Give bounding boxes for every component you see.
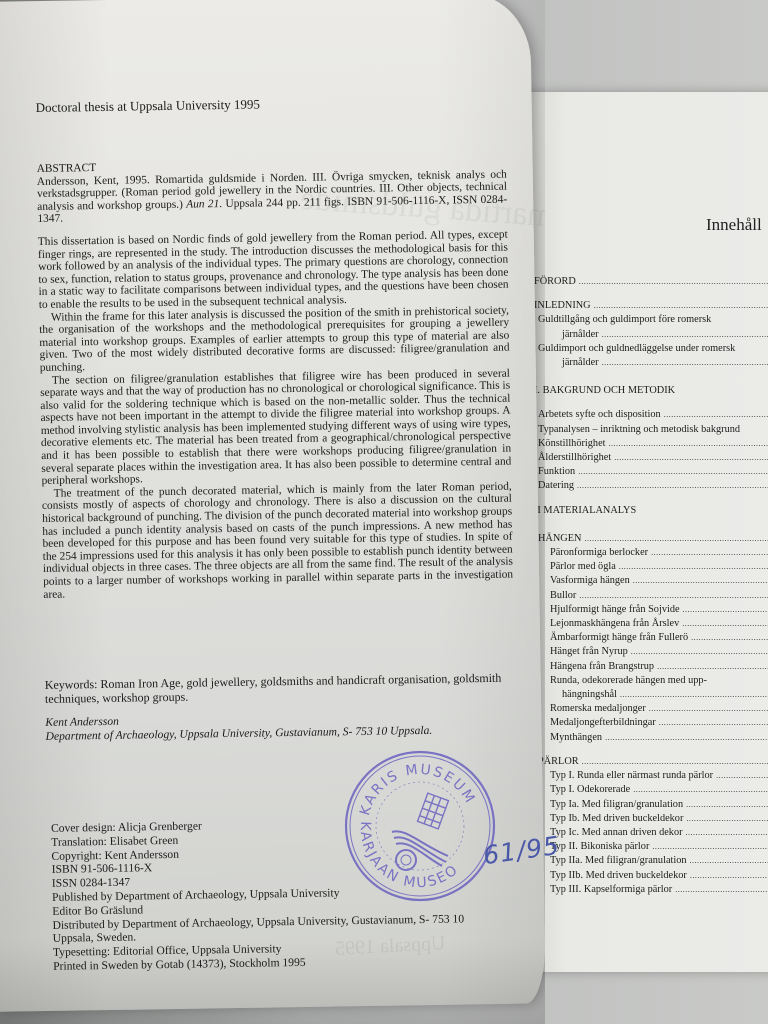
- toc-entry-label: järnålder: [562, 328, 599, 342]
- toc-spacer: [528, 494, 768, 504]
- toc-leader-dots: [633, 574, 768, 588]
- toc-entry[interactable]: Ämbarformigt hänge från Fullerö: [528, 631, 768, 645]
- stamp-top-text: KARIS MUSEUM: [357, 762, 478, 818]
- toc-entry-label: Runda, odekorerade hängen med upp-: [550, 674, 707, 688]
- toc-entry-label: II MATERIALANALYS: [534, 504, 636, 518]
- toc-leader-dots: [664, 408, 768, 422]
- abstract-paragraph: The treatment of the punch decorated mat…: [42, 480, 514, 601]
- toc-entry-label: Ämbarformigt hänge från Fullerö: [550, 631, 688, 645]
- toc-entry[interactable]: Päronformiga berlocker: [528, 546, 768, 560]
- toc-entry-label: Mynthängen: [550, 731, 602, 745]
- toc-entry-label: Medaljongefterbildningar: [550, 716, 656, 730]
- toc-leader-dots: [619, 560, 768, 574]
- toc-leader-dots: [633, 783, 768, 797]
- svg-text:KARIS MUSEUM: KARIS MUSEUM: [357, 762, 478, 818]
- abstract: ABSTRACT Andersson, Kent, 1995. Romartid…: [37, 156, 514, 602]
- toc-entry[interactable]: II MATERIALANALYS: [528, 504, 768, 518]
- toc-leader-dots: [579, 275, 768, 289]
- toc-entry[interactable]: Guldtillgång och guldimport före romersk: [528, 313, 768, 327]
- toc-entry[interactable]: Typ Ia. Med filigran/granulation: [528, 798, 768, 812]
- toc-entry[interactable]: Mynthängen: [528, 731, 768, 745]
- toc-entry[interactable]: I. BAKGRUND OCH METODIK: [528, 384, 768, 398]
- toc-entry-label: Typ I. Odekorerade: [550, 783, 630, 797]
- toc-leader-dots: [675, 883, 768, 897]
- toc-entry-label: Typ I. Runda eller närmast runda pärlor: [550, 769, 713, 783]
- abstract-paragraph: Within the frame for this later analysis…: [39, 304, 510, 374]
- toc-entry[interactable]: Arbetets syfte och disposition: [528, 408, 768, 422]
- museum-stamp-icon: KARIS MUSEUM KARJAAN MUSEO: [340, 748, 500, 904]
- toc-entry[interactable]: Typ I. Odekorerade: [528, 783, 768, 797]
- toc-leader-dots: [577, 479, 768, 493]
- toc-leader-dots: [609, 437, 768, 451]
- toc-entry-label: Könstillhörighet: [538, 437, 606, 451]
- toc-leader-dots: [686, 798, 768, 812]
- toc-entry-label: hängningshål: [562, 688, 617, 702]
- toc-spacer: [528, 518, 768, 532]
- toc-entry[interactable]: Ålderstillhörighet: [528, 451, 768, 465]
- toc-entry[interactable]: Datering: [528, 479, 768, 493]
- toc-entry-label: Romerska medaljonger: [550, 702, 646, 716]
- abstract-paragraph: The section on filigree/granulation esta…: [40, 367, 512, 488]
- toc-entry[interactable]: Typ IIb. Med driven buckeldekor: [528, 869, 768, 883]
- toc-entry[interactable]: Hängena från Brangstrup: [528, 660, 768, 674]
- toc-entry-label: Ålderstillhörighet: [538, 451, 611, 465]
- toc-entry[interactable]: Funktion: [528, 465, 768, 479]
- toc-leader-dots: [594, 299, 768, 313]
- toc-entry-label: Typ Ia. Med filigran/granulation: [550, 798, 683, 812]
- abstract-paragraph: This dissertation is based on Nordic fin…: [38, 229, 509, 312]
- toc-leader-dots: [651, 546, 768, 560]
- toc-leader-dots: [657, 660, 768, 674]
- toc-leader-dots: [614, 451, 768, 465]
- toc-entry[interactable]: Romerska medaljonger: [528, 702, 768, 716]
- toc-leader-dots: [690, 869, 768, 883]
- toc-entry[interactable]: Typanalysen – inriktning och metodisk ba…: [528, 423, 768, 437]
- toc-leader-dots: [605, 731, 768, 745]
- toc-leader-dots: [631, 645, 768, 659]
- toc-spacer: [528, 398, 768, 408]
- toc-entry[interactable]: Vasformiga hängen: [528, 574, 768, 588]
- toc-entry-label: Vasformiga hängen: [550, 574, 630, 588]
- toc-entry[interactable]: Guldimport och guldnedläggelse under rom…: [528, 342, 768, 356]
- toc-entry-label: I. BAKGRUND OCH METODIK: [534, 384, 675, 398]
- toc-entry[interactable]: Typ I. Runda eller närmast runda pärlor: [528, 769, 768, 783]
- toc-entry[interactable]: INLEDNING: [528, 299, 768, 313]
- toc-entry[interactable]: Typ IIa. Med filigran/granulation: [528, 854, 768, 868]
- toc-leader-dots: [652, 840, 768, 854]
- toc-entry[interactable]: järnålder: [528, 328, 768, 342]
- toc-entry[interactable]: FÖRORD: [528, 275, 768, 289]
- toc-leader-dots: [683, 603, 768, 617]
- toc-entry-label: Typ Ic. Med annan driven dekor: [550, 826, 683, 840]
- toc-entry-label: Guldimport och guldnedläggelse under rom…: [538, 342, 735, 356]
- toc-entry-label: Bullor: [550, 589, 576, 603]
- toc-leader-dots: [682, 617, 768, 631]
- toc-entry[interactable]: PÄRLOR: [528, 755, 768, 769]
- toc-entry[interactable]: Typ III. Kapselformiga pärlor: [528, 883, 768, 897]
- toc-entry[interactable]: Könstillhörighet: [528, 437, 768, 451]
- toc-entry-label: Hängena från Brangstrup: [550, 660, 654, 674]
- toc-leader-dots: [584, 532, 768, 546]
- toc-entry-label: Typ Ib. Med driven buckeldekor: [550, 812, 683, 826]
- toc-leader-dots: [686, 812, 768, 826]
- table-of-contents: FÖRORDINLEDNINGGuldtillgång och guldimpo…: [528, 275, 768, 897]
- toc-entry-label: Hjulformigt hänge från Sojvide: [550, 603, 680, 617]
- toc-spacer: [528, 289, 768, 299]
- toc-entry-label: järnålder: [562, 356, 599, 370]
- page-bottom-shading: [0, 940, 545, 1024]
- toc-entry[interactable]: Typ Ib. Med driven buckeldekor: [528, 812, 768, 826]
- toc-entry[interactable]: Typ Ic. Med annan driven dekor: [528, 826, 768, 840]
- toc-leader-dots: [691, 631, 768, 645]
- toc-leader-dots: [716, 769, 768, 783]
- toc-page: Innehåll FÖRORDINLEDNINGGuldtillgång och…: [528, 92, 768, 972]
- toc-entry[interactable]: hängningshål: [528, 688, 768, 702]
- toc-entry[interactable]: Hjulformigt hänge från Sojvide: [528, 603, 768, 617]
- toc-entry-label: Päronformiga berlocker: [550, 546, 648, 560]
- toc-spacer: [528, 370, 768, 384]
- toc-entry-label: Typ II. Bikoniska pärlor: [550, 840, 649, 854]
- toc-leader-dots: [686, 826, 768, 840]
- abstract-citation: Andersson, Kent, 1995. Romartida guldsmi…: [37, 168, 508, 226]
- toc-entry-label: Typ III. Kapselformiga pärlor: [550, 883, 672, 897]
- toc-leader-dots: [659, 716, 768, 730]
- toc-entry-label: Guldtillgång och guldimport före romersk: [538, 313, 711, 327]
- toc-leader-dots: [620, 688, 768, 702]
- series-name: Aun 21: [186, 198, 219, 211]
- toc-entry[interactable]: Hänget från Nyrup: [528, 645, 768, 659]
- toc-entry[interactable]: Typ II. Bikoniska pärlor: [528, 840, 768, 854]
- toc-entry-label: Typ IIa. Med filigran/granulation: [550, 854, 687, 868]
- toc-entry[interactable]: Medaljongefterbildningar: [528, 716, 768, 730]
- toc-entry[interactable]: järnålder: [528, 356, 768, 370]
- toc-leader-dots: [602, 356, 768, 370]
- toc-entry[interactable]: HÄNGEN: [528, 532, 768, 546]
- toc-entry[interactable]: Pärlor med ögla: [528, 560, 768, 574]
- toc-entry[interactable]: Bullor: [528, 589, 768, 603]
- toc-entry[interactable]: Runda, odekorerade hängen med upp-: [528, 674, 768, 688]
- toc-leader-dots: [690, 854, 768, 868]
- toc-title: Innehåll: [706, 215, 762, 235]
- toc-entry-label: Typ IIb. Med driven buckeldekor: [550, 869, 687, 883]
- toc-leader-dots: [578, 465, 768, 479]
- toc-leader-dots: [579, 589, 768, 603]
- toc-entry[interactable]: Lejonmaskhängena från Årslev: [528, 617, 768, 631]
- toc-leader-dots: [602, 328, 768, 342]
- toc-entry-label: Pärlor med ögla: [550, 560, 616, 574]
- toc-entry-label: Hänget från Nyrup: [550, 645, 628, 659]
- toc-leader-dots: [649, 702, 768, 716]
- toc-entry-label: Arbetets syfte och disposition: [538, 408, 661, 422]
- toc-leader-dots: [582, 755, 768, 769]
- toc-entry-label: Lejonmaskhängena från Årslev: [550, 617, 679, 631]
- toc-spacer: [528, 745, 768, 755]
- toc-entry-label: Typanalysen – inriktning och metodisk ba…: [538, 423, 740, 437]
